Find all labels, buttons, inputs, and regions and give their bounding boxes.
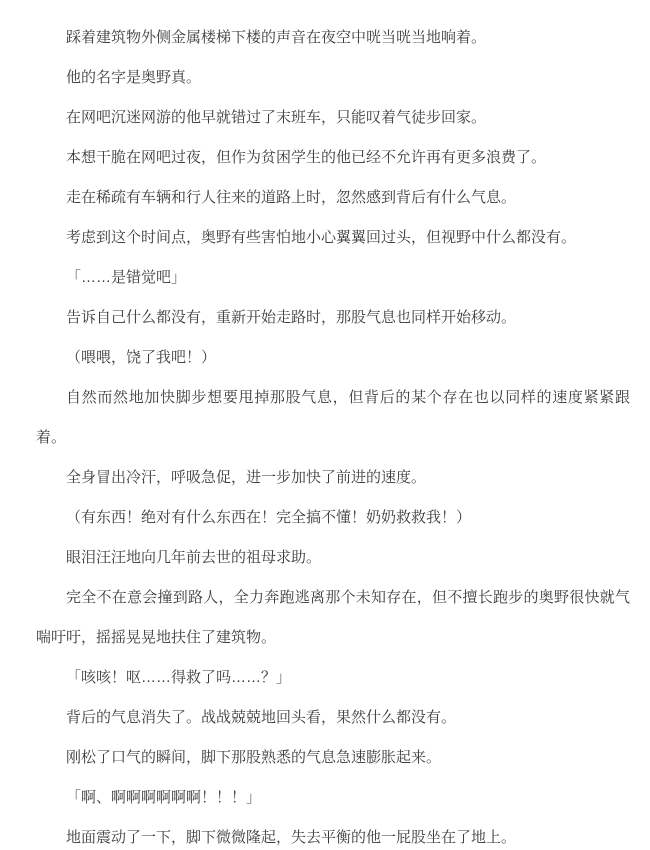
paragraph: 踩着建筑物外侧金属楼梯下楼的声音在夜空中咣当咣当地响着。 — [36, 18, 630, 58]
paragraph: 自然而然地加快脚步想要甩掉那股气息，但背后的某个存在也以同样的速度紧紧跟着。 — [36, 378, 630, 458]
dialogue-paragraph: 「啊、啊啊啊啊啊啊！！！」 — [36, 778, 630, 818]
paragraph: 告诉自己什么都没有，重新开始走路时，那股气息也同样开始移动。 — [36, 298, 630, 338]
paragraph: 地面震动了一下，脚下微微隆起，失去平衡的他一屁股坐在了地上。 — [36, 818, 630, 850]
paragraph: 考虑到这个时间点，奥野有些害怕地小心翼翼回过头，但视野中什么都没有。 — [36, 218, 630, 258]
paragraph: 在网吧沉迷网游的他早就错过了末班车，只能叹着气徒步回家。 — [36, 98, 630, 138]
paragraph: 走在稀疏有车辆和行人往来的道路上时，忽然感到背后有什么气息。 — [36, 178, 630, 218]
paragraph: 背后的气息消失了。战战兢兢地回头看，果然什么都没有。 — [36, 698, 630, 738]
paragraph: 刚松了口气的瞬间，脚下那股熟悉的气息急速膨胀起来。 — [36, 738, 630, 778]
novel-text-page: 踩着建筑物外侧金属楼梯下楼的声音在夜空中咣当咣当地响着。 他的名字是奥野真。 在… — [0, 0, 650, 850]
thought-paragraph: （有东西！绝对有什么东西在！完全搞不懂！奶奶救救我！） — [36, 498, 630, 538]
thought-paragraph: （喂喂，饶了我吧！） — [36, 338, 630, 378]
dialogue-paragraph: 「咳咳！呕……得救了吗……？」 — [36, 658, 630, 698]
paragraph: 他的名字是奥野真。 — [36, 58, 630, 98]
paragraph: 眼泪汪汪地向几年前去世的祖母求助。 — [36, 538, 630, 578]
paragraph: 全身冒出冷汗，呼吸急促，进一步加快了前进的速度。 — [36, 458, 630, 498]
paragraph: 本想干脆在网吧过夜，但作为贫困学生的他已经不允许再有更多浪费了。 — [36, 138, 630, 178]
dialogue-paragraph: 「……是错觉吧」 — [36, 258, 630, 298]
paragraph: 完全不在意会撞到路人，全力奔跑逃离那个未知存在，但不擅长跑步的奥野很快就气喘吁吁… — [36, 578, 630, 658]
